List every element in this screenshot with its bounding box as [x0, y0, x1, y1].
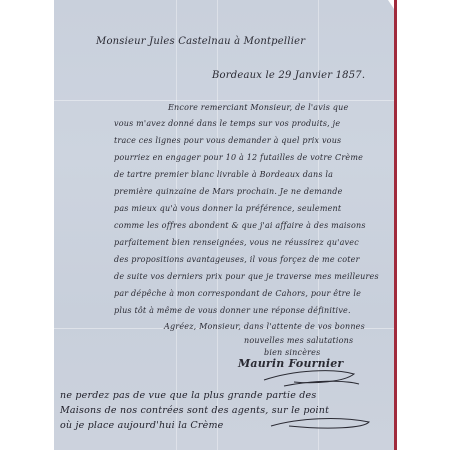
- body-line: vous m'avez donné dans le temps sur vos …: [114, 119, 340, 128]
- body-line: trace ces lignes pour vous demander à qu…: [114, 136, 341, 145]
- body-line: pas mieux qu'à vous donner la préférence…: [114, 204, 341, 213]
- closing-line: bien sincères: [264, 348, 320, 357]
- place-date-line: Bordeaux le 29 Janvier 1857.: [212, 70, 365, 81]
- body-line: parfaitement bien renseignées, vous ne r…: [114, 238, 359, 247]
- closing-line: Agréez, Monsieur, dans l'attente de vos …: [164, 322, 365, 331]
- body-line: Encore remerciant Monsieur, de l'avis qu…: [168, 103, 348, 112]
- letter-sheet: Monsieur Jules Castelnau à Montpellier B…: [54, 0, 394, 450]
- addressee-line: Monsieur Jules Castelnau à Montpellier: [96, 36, 305, 47]
- body-line: de tartre premier blanc livrable à Borde…: [114, 170, 333, 179]
- fold-line-horizontal: [54, 100, 394, 101]
- signature-flourish-icon: [254, 360, 364, 390]
- body-line: pourriez en engager pour 10 à 12 futaill…: [114, 153, 363, 162]
- body-line: des propositions avantageuses, il vous f…: [114, 255, 360, 264]
- body-line: plus tôt à même de vous donner une répon…: [114, 306, 351, 315]
- closing-flourish-icon: [269, 414, 379, 434]
- postscript-line: ne perdez pas de vue que la plus grande …: [60, 390, 316, 401]
- body-line: de suite vos derniers prix pour que je t…: [114, 272, 379, 281]
- body-line: comme les offres abondent & que j'ai aff…: [114, 221, 366, 230]
- body-line: par dépêche à mon correspondant de Cahor…: [114, 289, 361, 298]
- paper-right-edge: [394, 0, 397, 450]
- postscript-line: où je place aujourd'hui la Crème: [60, 420, 223, 431]
- closing-line: nouvelles mes salutations: [244, 336, 353, 345]
- body-line: première quinzaine de Mars prochain. Je …: [114, 187, 343, 196]
